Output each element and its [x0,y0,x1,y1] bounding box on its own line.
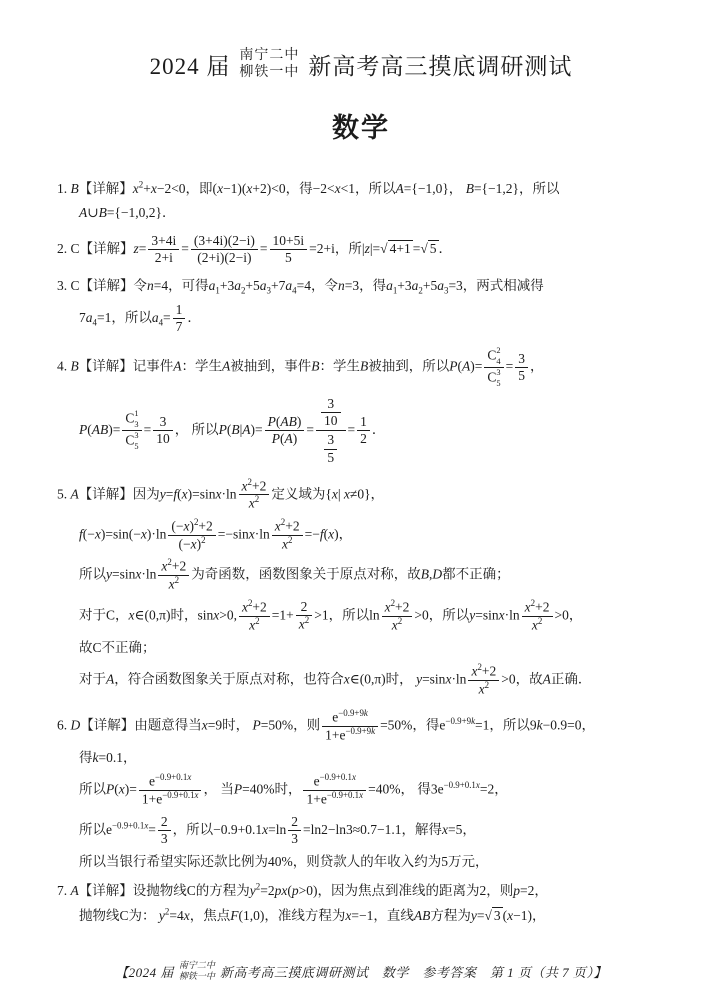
solution-line: 所以当银行希望实际还款比例为40%，则贷款人的年收入约为5万元， [57,852,674,872]
solution-line: 所以e−0.9+0.1x=23，所以−0.9+0.1x=ln23=ln2−ln3… [57,813,674,848]
solution-line: 1. B【详解】x2+x−2<0，即(x−1)(x+2)<0，得−2<x<1，所… [57,179,674,199]
solution-line: 7. A【详解】设抛物线C的方程为y2=2px(p>0)，因为焦点到准线的距离为… [57,881,674,901]
exam-title: 2024 届 南宁二中 柳铁一中 新高考高三摸底调研测试 [0,48,722,82]
solution-line: 所以P(x)=e−0.9+0.1x1+e−0.9+0.1x， 当P=40%时，e… [57,772,674,808]
solution-line: 6. D【详解】由题意得当x=9时， P=50%，则e−0.9+9k1+e−0.… [57,708,674,744]
solution-line: 得k=0.1， [57,748,674,768]
solution-7: 7. A【详解】设抛物线C的方程为y2=2px(p>0)，因为焦点到准线的距离为… [57,881,674,926]
footer-open: 【2024 届 [115,962,174,981]
school-bottom: 柳铁一中 [239,65,299,82]
school-top: 南宁二中 [239,48,299,65]
footer-rest: 新高考高三摸底调研测试 数学 参考答案 第 1 页（共 7 页）】 [220,962,607,981]
solution-1: 1. B【详解】x2+x−2<0，即(x−1)(x+2)<0，得−2<x<1，所… [57,179,674,224]
solution-line: 3. C【详解】令n=4，可得a1+3a2+5a3+7a4=4，令n=3，得a1… [57,276,674,296]
solution-line: 抛物线C为： y2=4x，焦点F(1,0)，准线方程为x=−1，直线AB方程为y… [57,906,674,926]
solution-line: 2. C【详解】z=3+4i2+i=(3+4i)(2−i)(2+i)(2−i)=… [57,232,674,267]
solution-3: 3. C【详解】令n=4，可得a1+3a2+5a3+7a4=4，令n=3，得a1… [57,276,674,336]
footer-school-top: 南宁二中 [179,960,215,971]
solution-4: 4. B【详解】记事件A：学生A被抽到，事件B：学生B被抽到，所以P(A)=C2… [57,345,674,468]
subject-title: 数学 [0,106,722,145]
solution-line: 故C不正确； [57,638,674,658]
page-footer: 【2024 届 南宁二中 柳铁一中 新高考高三摸底调研测试 数学 参考答案 第 … [0,960,722,982]
solution-6: 6. D【详解】由题意得当x=9时， P=50%，则e−0.9+9k1+e−0.… [57,708,674,873]
solution-line: 4. B【详解】记事件A：学生A被抽到，事件B：学生B被抽到，所以P(A)=C2… [57,345,674,390]
solution-2: 2. C【详解】z=3+4i2+i=(3+4i)(2−i)(2+i)(2−i)=… [57,232,674,267]
exam-year: 2024 届 [150,48,231,81]
footer-school-bottom: 柳铁一中 [179,971,215,982]
solutions-section: 1. B【详解】x2+x−2<0，即(x−1)(x+2)<0，得−2<x<1，所… [57,179,674,926]
solution-line: 所以y=sinx·lnx2+2x2为奇函数，函数图象关于原点对称，故B,D都不正… [57,557,674,593]
solution-line: f(−x)=sin(−x)·ln(−x)2+2(−x)2=−sinx·lnx2+… [57,517,674,553]
answer-sheet-page: 2024 届 南宁二中 柳铁一中 新高考高三摸底调研测试 数学 1. B【详解】… [0,0,722,1006]
solution-line: 对于C，x∈(0,π)时，sinx>0,x2+2x2=1+2x2>1，所以lnx… [57,598,674,634]
solution-line: A∪B={−1,0,2}． [57,203,674,223]
solution-line: P(AB)=C13C35=310， 所以P(B|A)=P(AB)P(A)=310… [57,394,674,468]
solution-line: 对于A，符合函数图象关于原点对称，也符合x∈(0,π)时， y=sinx·lnx… [57,662,674,698]
school-stack: 南宁二中 柳铁一中 [239,48,299,82]
footer-school-stack: 南宁二中 柳铁一中 [179,960,215,982]
solution-5: 5. A【详解】因为y=f(x)=sinx·lnx2+2x2定义域为{x| x≠… [57,477,674,699]
solution-line: 5. A【详解】因为y=f(x)=sinx·lnx2+2x2定义域为{x| x≠… [57,477,674,513]
exam-title-text: 新高考高三摸底调研测试 [308,48,572,81]
solution-line: 7a4=1，所以a4=17． [57,301,674,336]
